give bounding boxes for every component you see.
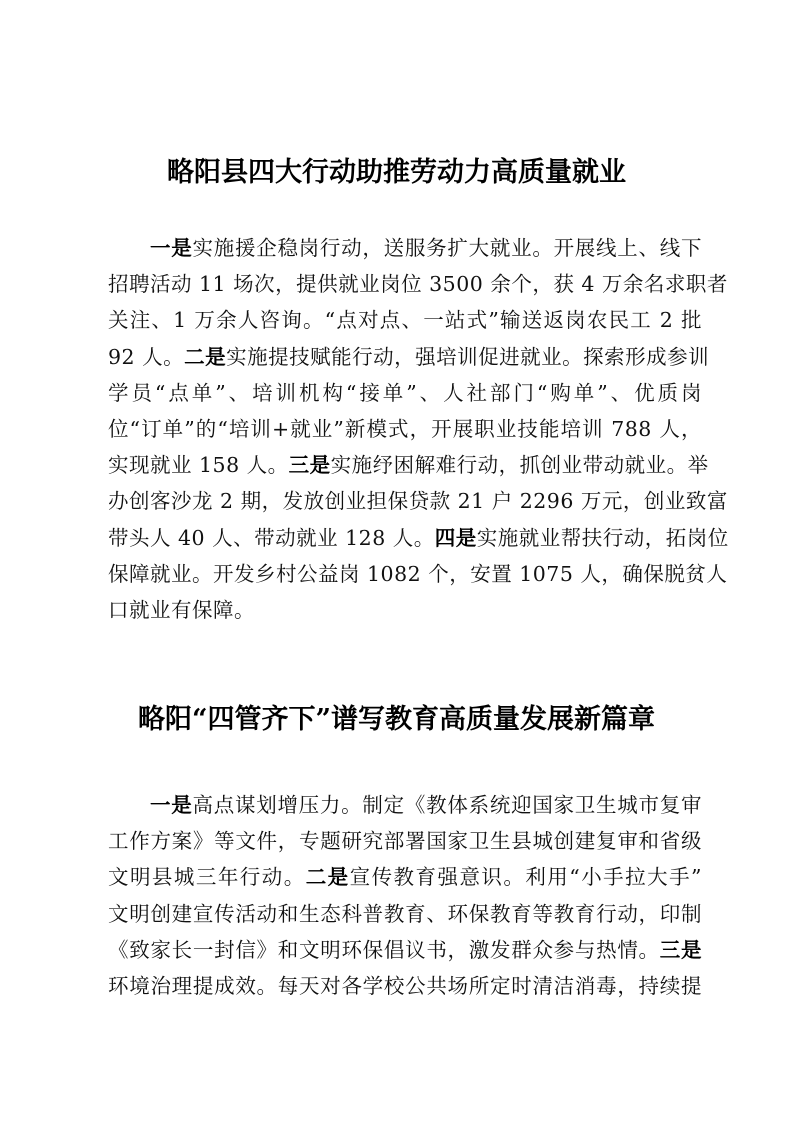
paragraph-line: 实现就业 158 人。三是实施纾困解难行动，抓创业带动就业。举 xyxy=(108,447,702,483)
paragraph-line: 环境治理提成效。每天对各学校公共场所定时清洁消毒，持续提 xyxy=(108,968,702,1004)
point-label: 一是 xyxy=(150,793,192,817)
line-text: 位“订单”的“培训+就业”新模式，开展职业技能培训 788 人， xyxy=(108,417,702,441)
line-text: 口就业有保障。 xyxy=(108,598,255,622)
paragraph-line: 学员“点单”、培训机构“接单”、人社部门“购单”、优质岗 xyxy=(108,375,702,411)
line-text: 92 人。 xyxy=(108,345,184,369)
line-text: 高点谋划增压力。制定《教体系统迎国家卫生城市复审 xyxy=(192,793,702,817)
paragraph-line: 关注、1 万余人咨询。“点对点、一站式”输送返岗农民工 2 批 xyxy=(108,302,702,338)
line-text: 文明县城三年行动。 xyxy=(108,865,306,889)
line-text: 《致家长一封信》和文明环保倡议书，激发群众参与热情。 xyxy=(108,938,660,962)
article-body-education: 一是高点谋划增压力。制定《教体系统迎国家卫生城市复审工作方案》等文件，专题研究部… xyxy=(108,787,702,1004)
line-text: 实现就业 158 人。 xyxy=(108,453,289,477)
paragraph-line: 口就业有保障。 xyxy=(108,592,702,628)
line-text: 关注、1 万余人咨询。“点对点、一站式”输送返岗农民工 2 批 xyxy=(108,308,702,332)
paragraph-line: 位“订单”的“培训+就业”新模式，开展职业技能培训 788 人， xyxy=(108,411,702,447)
paragraph-line: 工作方案》等文件，专题研究部署国家卫生县城创建复审和省级 xyxy=(108,823,702,859)
paragraph-line: 带头人 40 人、带动就业 128 人。四是实施就业帮扶行动，拓岗位 xyxy=(108,520,702,556)
line-text: 带头人 40 人、带动就业 128 人。 xyxy=(108,526,435,550)
line-text: 保障就业。开发乡村公益岗 1082 个，安置 1075 人，确保脱贫人 xyxy=(108,562,727,586)
paragraph-line: 招聘活动 11 场次，提供就业岗位 3500 余个，获 4 万余名求职者 xyxy=(108,266,702,302)
line-text: 实施纾困解难行动，抓创业带动就业。举 xyxy=(331,453,709,477)
line-text: 实施就业帮扶行动，拓岗位 xyxy=(477,526,729,550)
paragraph-line: 文明县城三年行动。二是宣传教育强意识。利用“小手拉大手” xyxy=(108,859,702,895)
point-label: 二是 xyxy=(306,865,350,889)
line-text: 文明创建宣传活动和生态科普教育、环保教育等教育行动，印制 xyxy=(108,902,702,926)
line-text: 工作方案》等文件，专题研究部署国家卫生县城创建复审和省级 xyxy=(108,829,702,853)
document-page: 略阳县四大行动助推劳动力高质量就业 一是实施援企稳岗行动，送服务扩大就业。开展线… xyxy=(0,0,793,1122)
paragraph-line: 92 人。二是实施提技赋能行动，强培训促进就业。探索形成参训 xyxy=(108,339,702,375)
point-label: 一是 xyxy=(150,236,192,260)
article-title-education: 略阳“四管齐下”谱写教育高质量发展新篇章 xyxy=(0,697,793,736)
line-text: 宣传教育强意识。利用“小手拉大手” xyxy=(350,865,702,889)
paragraph-line: 办创客沙龙 2 期，发放创业担保贷款 21 户 2296 万元，创业致富 xyxy=(108,483,702,519)
point-label: 四是 xyxy=(435,526,477,550)
line-text: 环境治理提成效。每天对各学校公共场所定时清洁消毒，持续提 xyxy=(108,974,702,998)
article-title-employment: 略阳县四大行动助推劳动力高质量就业 xyxy=(0,150,793,189)
paragraph-line: 保障就业。开发乡村公益岗 1082 个，安置 1075 人，确保脱贫人 xyxy=(108,556,702,592)
paragraph-line: 一是实施援企稳岗行动，送服务扩大就业。开展线上、线下 xyxy=(108,230,702,266)
line-text: 办创客沙龙 2 期，发放创业担保贷款 21 户 2296 万元，创业致富 xyxy=(108,489,728,513)
paragraph-line: 一是高点谋划增压力。制定《教体系统迎国家卫生城市复审 xyxy=(108,787,702,823)
point-label: 二是 xyxy=(184,345,226,369)
line-text: 招聘活动 11 场次，提供就业岗位 3500 余个，获 4 万余名求职者 xyxy=(108,272,728,296)
line-text: 实施提技赋能行动，强培训促进就业。探索形成参训 xyxy=(226,345,709,369)
line-text: 实施援企稳岗行动，送服务扩大就业。开展线上、线下 xyxy=(192,236,702,260)
point-label: 三是 xyxy=(289,453,331,477)
article-body-employment: 一是实施援企稳岗行动，送服务扩大就业。开展线上、线下招聘活动 11 场次，提供就… xyxy=(108,230,702,628)
paragraph-line: 文明创建宣传活动和生态科普教育、环保教育等教育行动，印制 xyxy=(108,896,702,932)
point-label: 三是 xyxy=(660,938,702,962)
paragraph-line: 《致家长一封信》和文明环保倡议书，激发群众参与热情。三是 xyxy=(108,932,702,968)
line-text: 学员“点单”、培训机构“接单”、人社部门“购单”、优质岗 xyxy=(108,381,702,405)
